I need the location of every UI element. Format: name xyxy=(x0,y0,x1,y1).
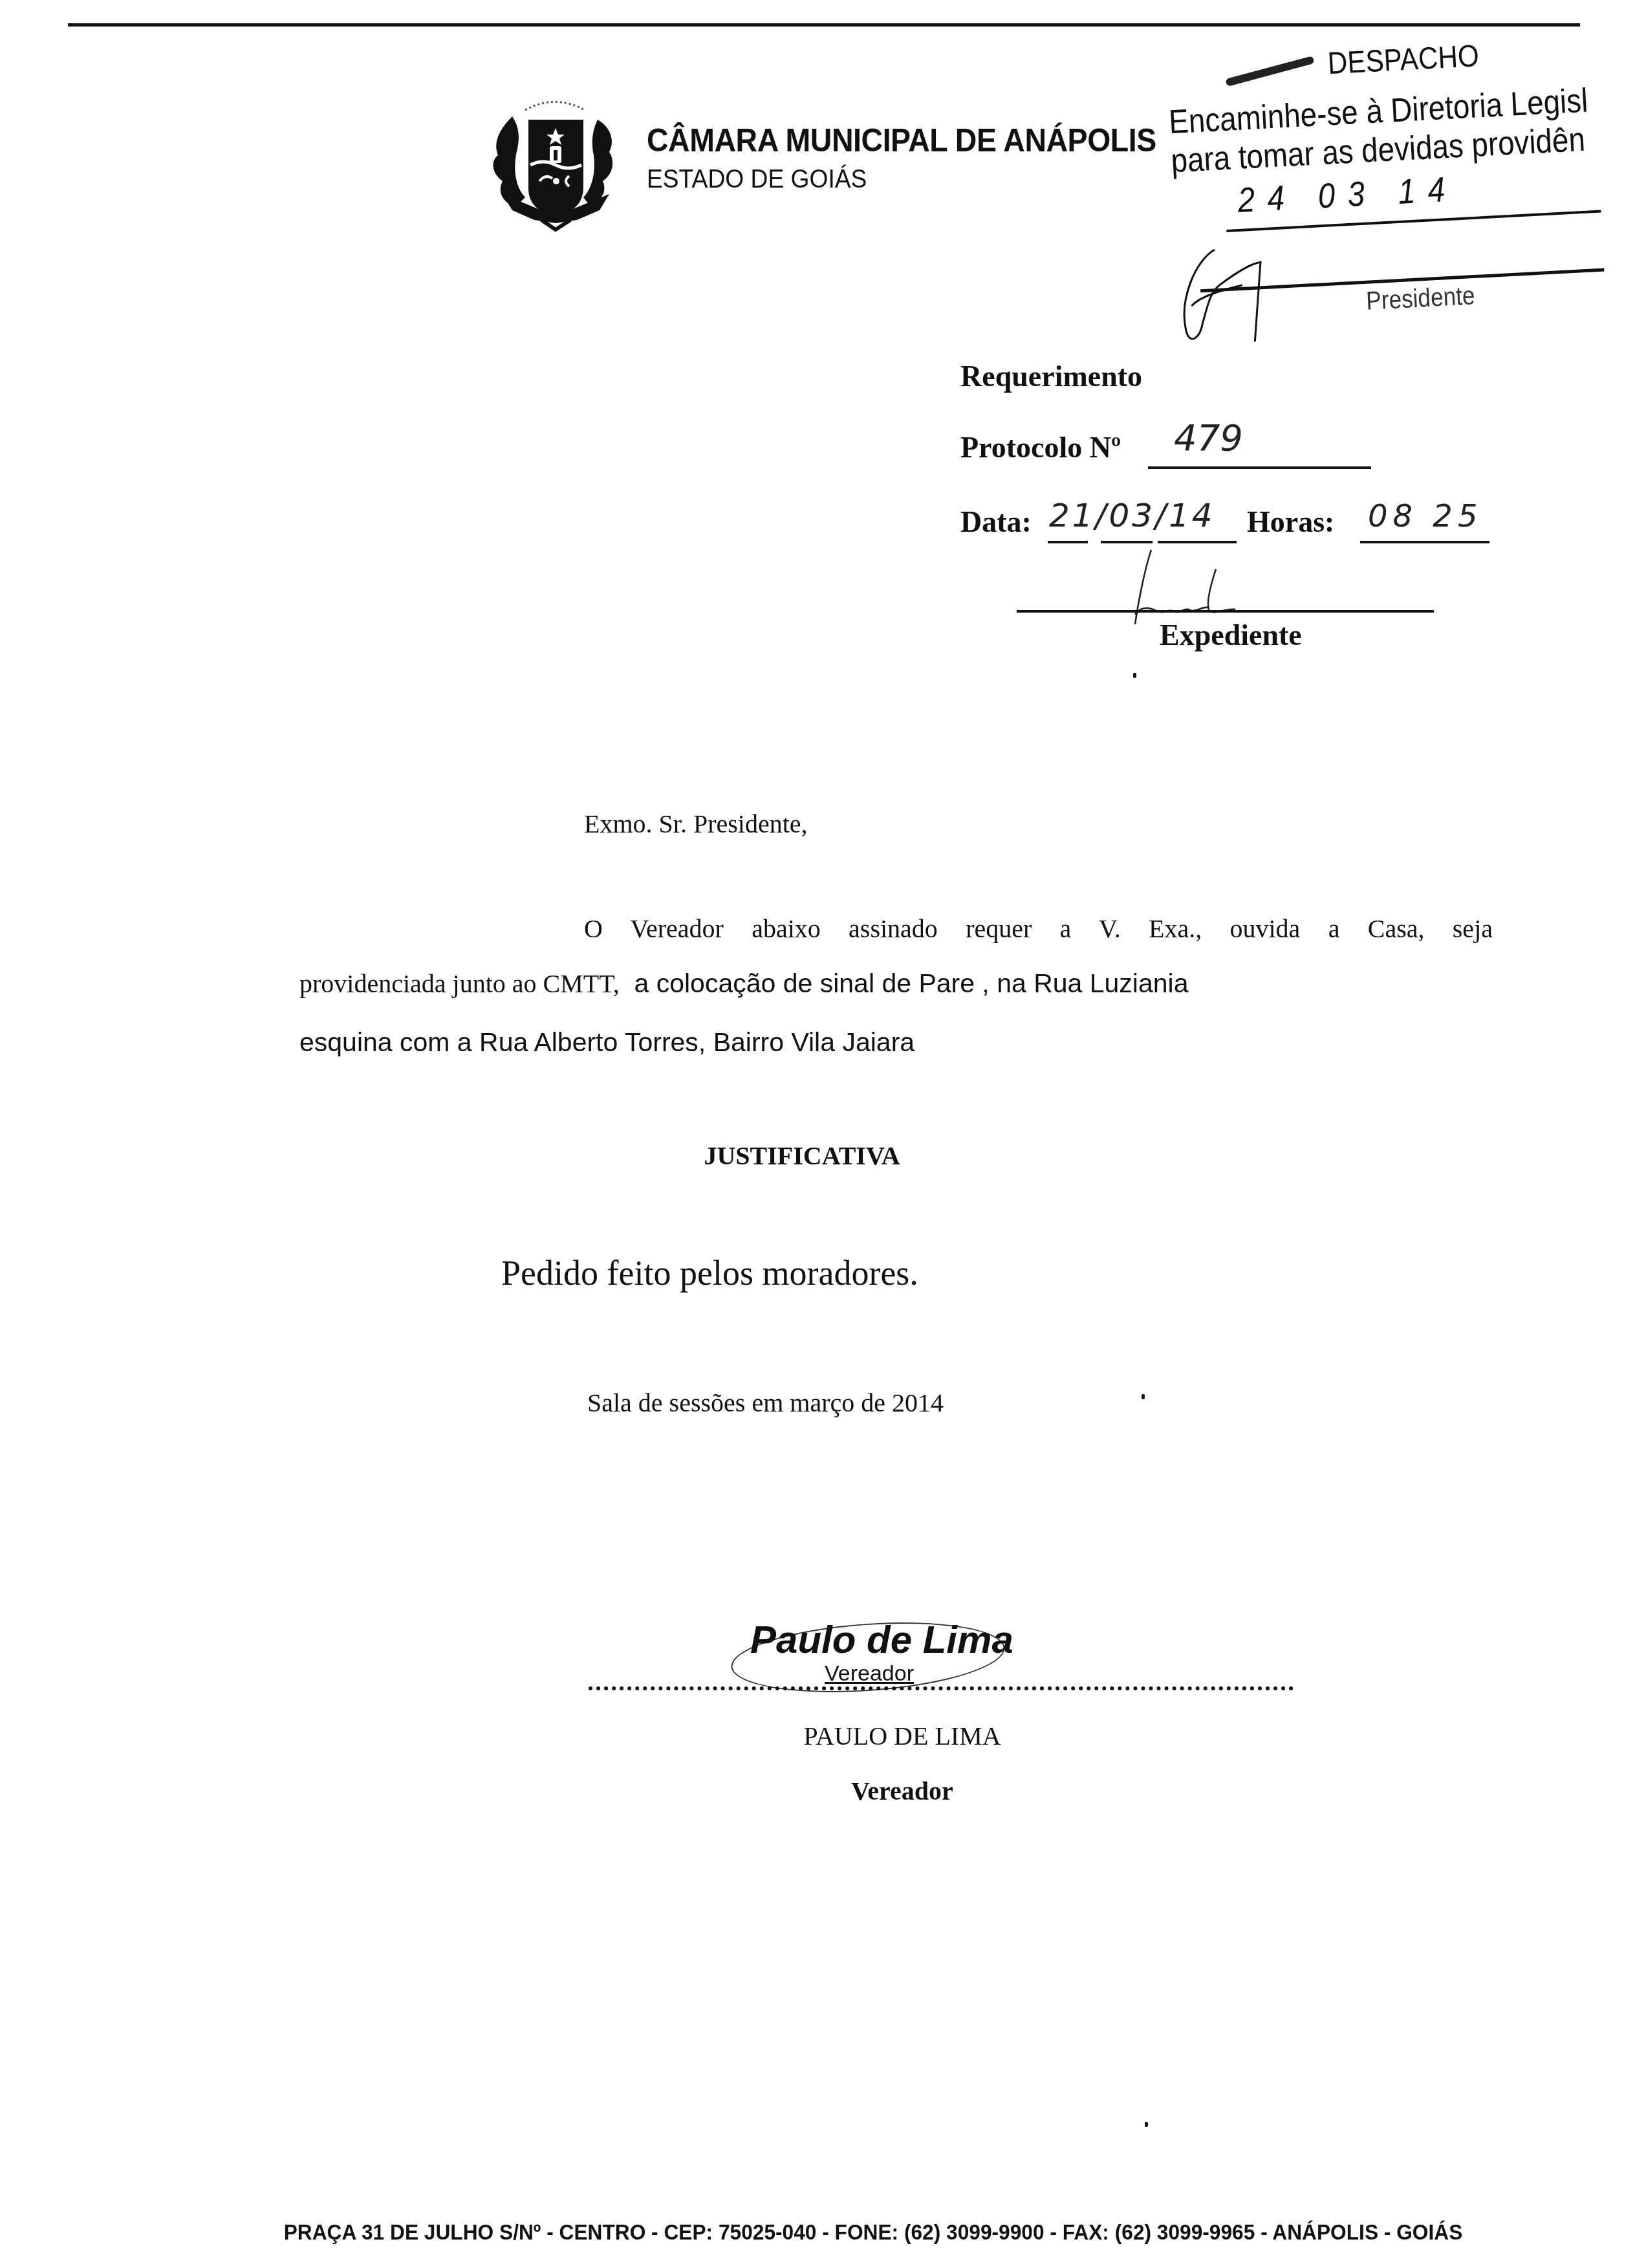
signature-dotted-rule xyxy=(589,1686,1294,1690)
date-label: Data: xyxy=(960,505,1032,539)
date-day-rule xyxy=(1048,541,1088,543)
scan-speck xyxy=(1133,673,1136,678)
header-top-rule xyxy=(68,23,1580,27)
organization-name: CÂMARA MUNICIPAL DE ANÁPOLIS xyxy=(647,122,1156,159)
scan-speck xyxy=(1142,1394,1145,1399)
protocol-number: 479 xyxy=(1174,417,1243,459)
stamp-ink-smear xyxy=(1225,56,1314,87)
despacho-signer-label: Presidente xyxy=(1365,281,1475,316)
organization-state: ESTADO DE GOIÁS xyxy=(647,165,867,194)
expediente-signature-icon xyxy=(1112,543,1281,627)
document-type: Requerimento xyxy=(960,359,1142,393)
scan-speck xyxy=(1145,2122,1148,2127)
municipal-coat-of-arms-icon xyxy=(486,91,623,233)
hours-value: 08 25 xyxy=(1368,498,1482,534)
request-paragraph-line-2-sans: a colocação de sinal de Pare , na Rua Lu… xyxy=(620,968,1189,998)
request-paragraph-line-1: O Vereador abaixo assinado requer a V. E… xyxy=(584,913,1493,944)
justification-title: JUSTIFICATIVA xyxy=(0,1140,1604,1171)
request-paragraph-line-2: providenciada junto ao CMTT, a colocação… xyxy=(299,968,1493,999)
date-value: 21/03/14 xyxy=(1049,497,1215,534)
protocol-label: Protocolo Nº xyxy=(960,430,1121,464)
hours-rule xyxy=(1360,541,1489,543)
expediente-signature-rule xyxy=(1017,610,1434,613)
despacho-stamp: DESPACHO Encaminhe-se à Diretoria Legisl… xyxy=(1139,19,1607,347)
signature-stamp-role: Vereador xyxy=(825,1661,914,1686)
salutation: Exmo. Sr. Presidente, xyxy=(584,809,808,839)
councilor-signature-stamp: Paulo de Lima Vereador xyxy=(731,1611,1041,1695)
justification-text: Pedido feito pelos moradores. xyxy=(501,1253,918,1293)
signature-stamp-name: Paulo de Lima xyxy=(750,1617,1013,1662)
president-signature-icon xyxy=(1169,242,1304,352)
signer-name: PAULO DE LIMA xyxy=(0,1721,1635,1751)
expediente-label: Expediente xyxy=(1160,618,1302,652)
footer-address: PRAÇA 31 DE JULHO S/Nº - CENTRO - CEP: 7… xyxy=(215,2220,1531,2245)
session-date-line: Sala de sessões em março de 2014 xyxy=(587,1388,944,1418)
request-paragraph-line-2-serif: providenciada junto ao CMTT, xyxy=(299,969,620,998)
despacho-handwritten-date: 24 03 14 xyxy=(1237,169,1458,221)
despacho-title: DESPACHO xyxy=(1327,38,1480,82)
hours-label: Horas: xyxy=(1247,505,1334,539)
protocol-number-rule xyxy=(1148,466,1371,469)
request-paragraph-line-3: esquina com a Rua Alberto Torres, Bairro… xyxy=(299,1027,915,1058)
signer-role: Vereador xyxy=(0,1776,1635,1806)
